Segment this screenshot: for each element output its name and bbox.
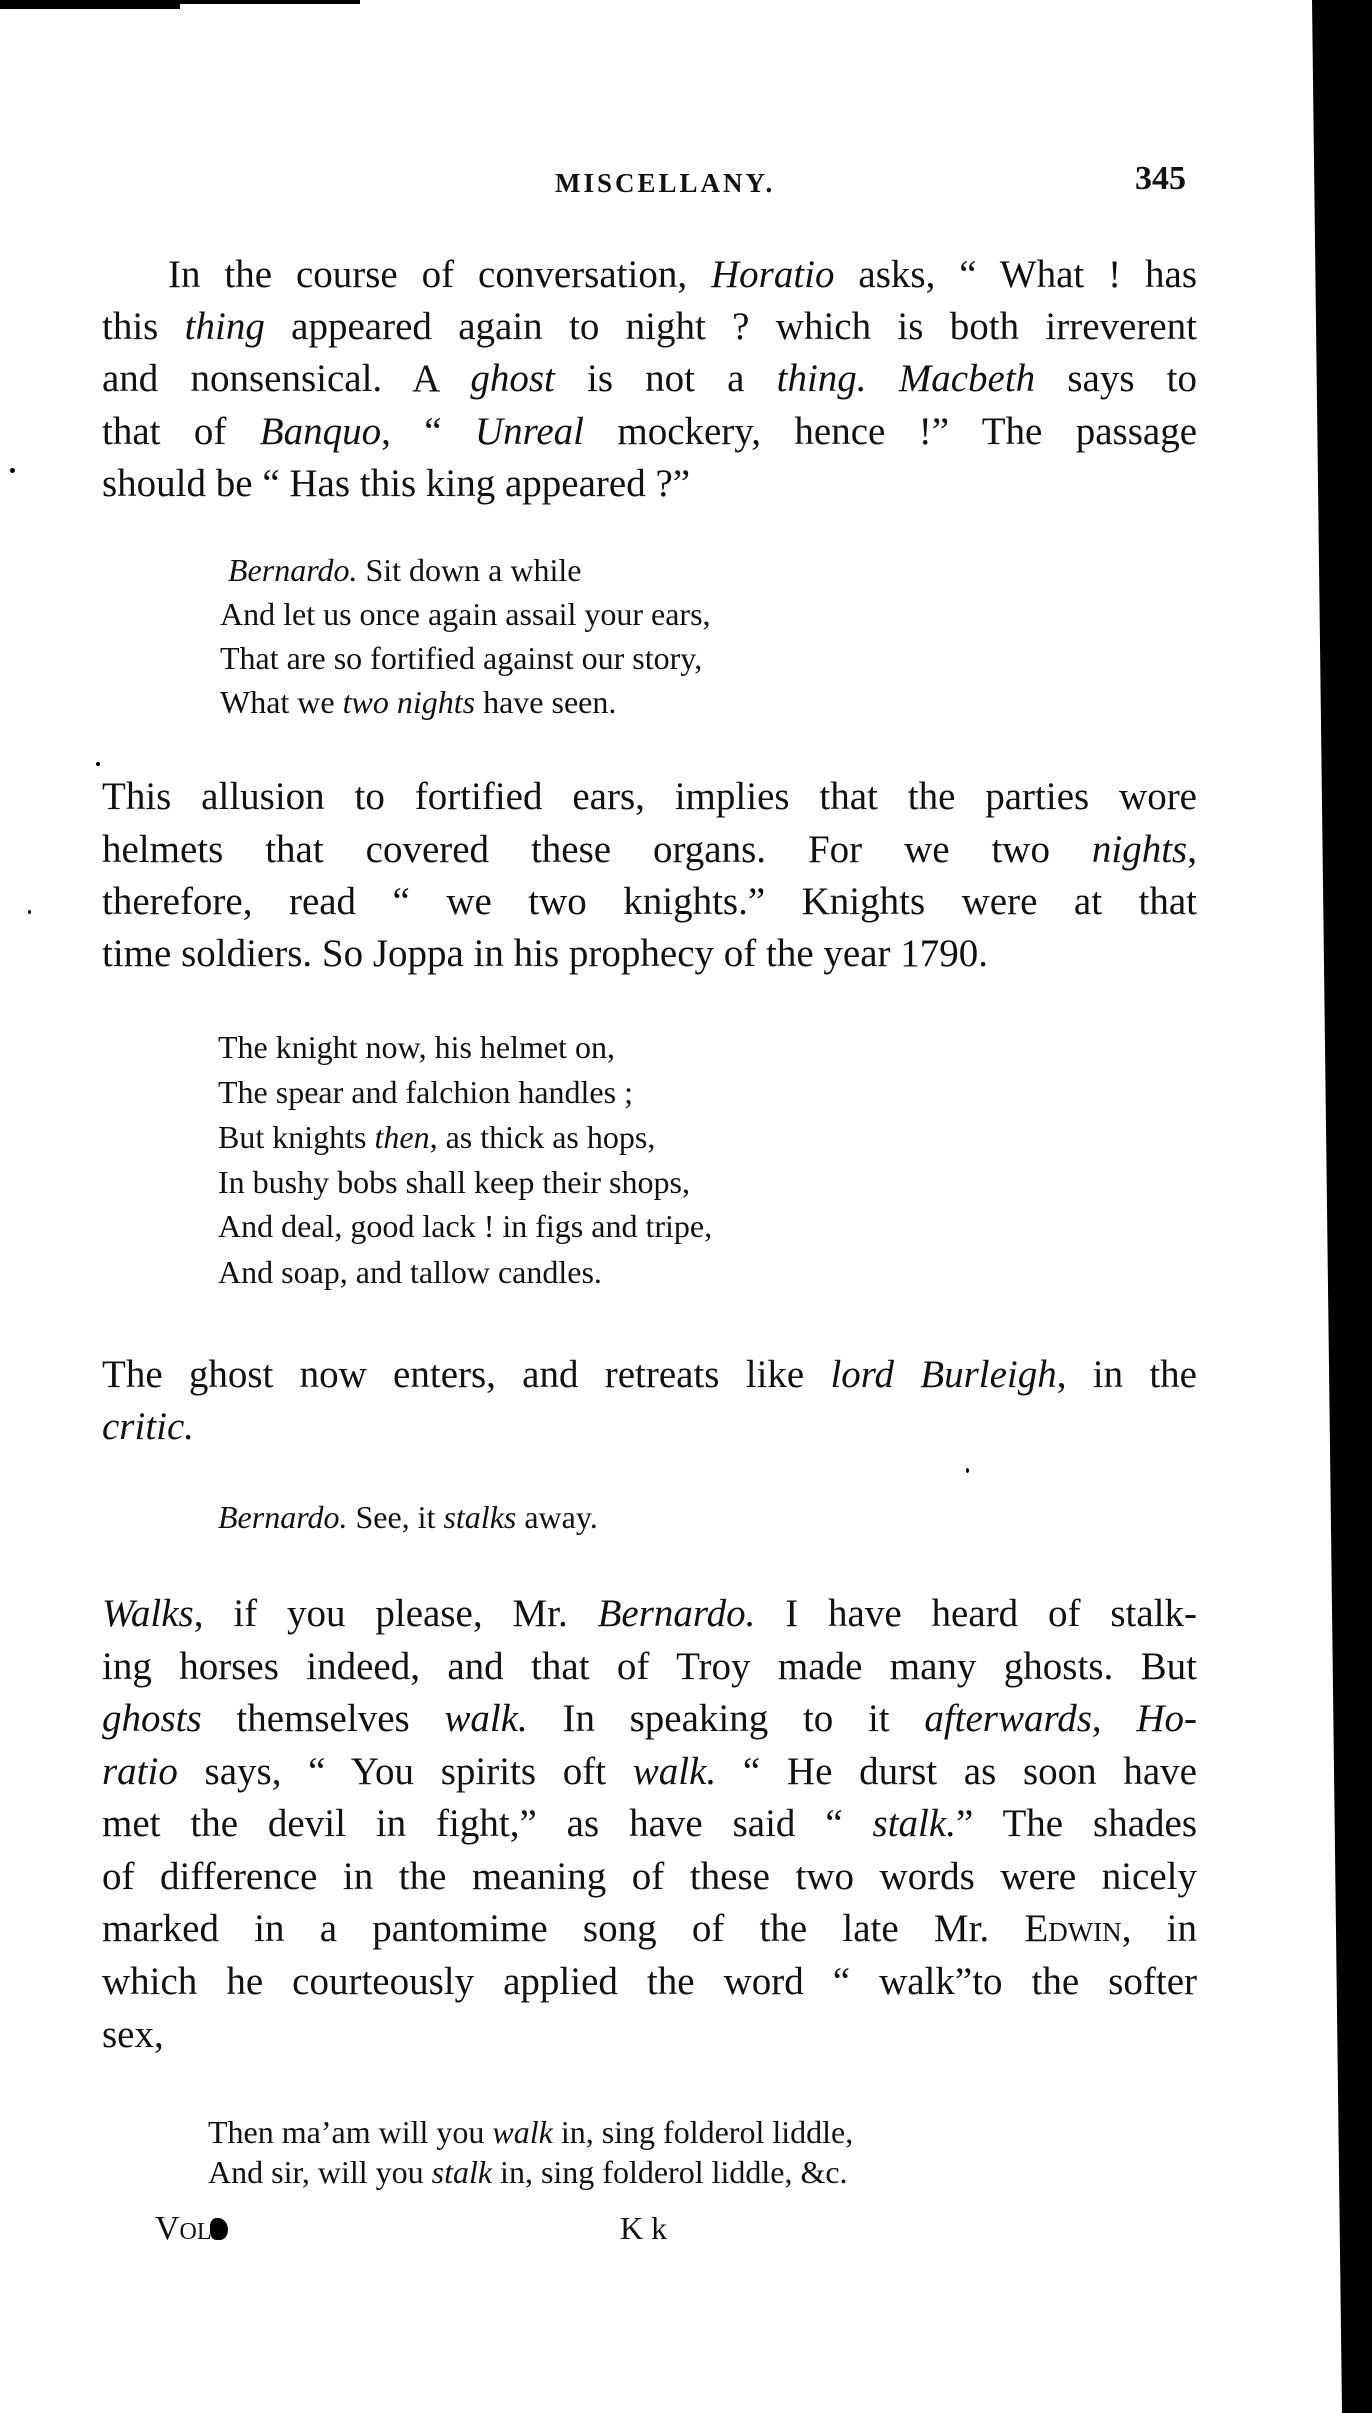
text-line: And sir, will you stalk in, sing foldero… [208,2154,848,2191]
text-line: and nonsensical. A ghost is not a thing.… [102,356,1197,401]
italic-emphasis: Unreal [475,410,584,453]
text-line: But knights then, as thick as hops, [218,1119,655,1156]
text-line: Walks, if you please, Mr. Bernardo. I ha… [102,1591,1197,1636]
italic-emphasis: stalk. [873,1802,956,1845]
italic-emphasis: afterwards [924,1697,1092,1740]
italic-emphasis: Macbeth [899,357,1035,400]
text-line: therefore, read “ we two knights.” Knigh… [102,879,1197,924]
text-line: marked in a pantomime song of the late M… [102,1906,1197,1951]
text-line: that of Banquo, “ Unreal mockery, hence … [102,409,1197,454]
italic-emphasis: two nights [343,684,475,720]
italic-emphasis: stalk [432,2154,492,2190]
text-line: In bushy bobs shall keep their shops, [218,1164,690,1201]
italic-emphasis: ghost [470,357,555,400]
small-caps-name: Edwin [1024,1907,1121,1950]
text-line: The ghost now enters, and retreats like … [102,1352,1197,1397]
italic-emphasis: ghosts [102,1697,202,1740]
text-line: critic. [102,1404,1197,1449]
text-line: The knight now, his helmet on, [218,1029,615,1066]
italic-emphasis: then [374,1119,429,1155]
text-line: In the course of conversation, Horatio a… [168,252,1197,297]
italic-emphasis: walk. [633,1750,716,1793]
italic-emphasis: walk. [444,1697,527,1740]
text-line: Bernardo. Sit down a while [228,552,581,589]
text-line: ghosts themselves walk. In speaking to i… [102,1696,1197,1741]
italic-emphasis: ratio [102,1750,178,1793]
text-line: This allusion to fortified ears, implies… [102,774,1197,819]
text-line: ing horses indeed, and that of Troy made… [102,1644,1197,1689]
italic-emphasis: lord Burleigh [830,1353,1056,1396]
ink-speck [966,1468,969,1473]
top-edge-shadow [0,0,180,9]
text-line: time soldiers. So Joppa in his prophecy … [102,931,1197,976]
text-line: should be “ Has this king appeared ?” [102,461,1197,506]
italic-emphasis: nights [1092,828,1187,871]
text-line: sex, [102,2012,1197,2057]
italic-emphasis: Bernardo. [598,1592,756,1635]
italic-emphasis: Walks [102,1592,194,1635]
italic-emphasis: thing [185,305,265,348]
text-line: which he courteously applied the word “ … [102,1959,1197,2004]
text-line: The spear and falchion handles ; [218,1074,633,1111]
italic-emphasis: critic. [102,1405,194,1448]
text-line: And soap, and tallow candles. [218,1254,602,1291]
italic-emphasis: Bernardo. [218,1499,347,1535]
text-line: And let us once again assail your ears, [220,596,711,633]
italic-emphasis: Bernardo. [228,552,357,588]
running-title: MISCELLANY. [555,168,775,199]
text-line: this thing appeared again to night ? whi… [102,304,1197,349]
text-line: of difference in the meaning of these tw… [102,1854,1197,1899]
ink-speck [96,762,100,766]
text-line: Bernardo. See, it stalks away. [218,1499,598,1536]
italic-emphasis: Horatio [711,253,835,296]
ink-blot-icon [210,2218,228,2240]
page-number: 345 [1135,160,1186,198]
italic-emphasis: walk [492,2114,552,2150]
page-binding-edge [1312,0,1372,2413]
top-edge-shadow-thin [180,0,360,4]
italic-emphasis: Ho- [1136,1697,1197,1740]
italic-emphasis: thing. [777,357,867,400]
signature-mark: K k [620,2210,667,2247]
text-line: And deal, good lack ! in figs and tripe, [218,1208,712,1245]
ink-speck [28,910,31,914]
italic-emphasis: Banquo [260,410,381,453]
text-line: Then ma’am will you walk in, sing folder… [208,2114,853,2151]
text-line: met the devil in fight,” as have said “ … [102,1801,1197,1846]
italic-emphasis: stalks [443,1499,516,1535]
text-line: ratio says, “ You spirits oft walk. “ He… [102,1749,1197,1794]
ink-speck [10,468,15,473]
text-line: That are so fortified against our story, [220,640,702,677]
text-line: helmets that covered these organs. For w… [102,827,1197,872]
text-line: What we two nights have seen. [220,684,616,721]
